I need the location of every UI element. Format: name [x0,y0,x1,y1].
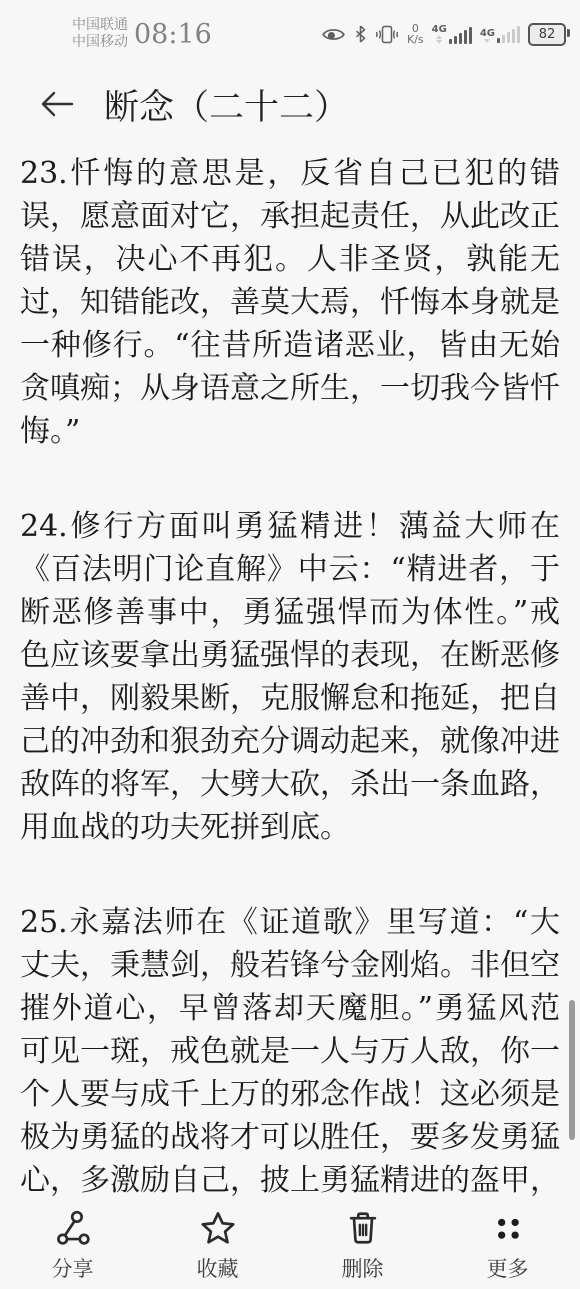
status-left: 中国联通 中国移动 08:16 [72,17,212,51]
share-button[interactable]: 分享 [0,1203,145,1289]
sim1-signal-bars [449,27,472,44]
sim2-network-label: 4G [480,29,495,38]
data-activity-arrows-icon [436,35,442,44]
status-icons: 0 K/s 4G 4G [321,23,566,46]
back-button[interactable] [38,89,76,122]
trash-icon [343,1209,383,1250]
vibrate-icon [375,25,399,44]
network-speed-unit: K/s [407,34,424,45]
app-screen: 中国联通 中国移动 08:16 [0,0,580,1289]
carrier-labels: 中国联通 中国移动 [72,17,128,51]
delete-button[interactable]: 删除 [290,1203,435,1289]
paragraph-24: 24.修行方面叫勇猛精进！蕅益大师在《百法明门论直解》中云：“精进者，于断恶修善… [20,505,560,849]
favorite-label: 收藏 [197,1253,239,1283]
back-arrow-icon [38,89,76,122]
data-activity-arrows-icon [484,39,490,43]
bluetooth-icon [354,25,367,43]
sim1-network-label: 4G [432,25,447,34]
carrier-line2: 中国移动 [72,34,128,51]
share-label: 分享 [52,1253,94,1283]
article-content: 23.忏悔的意思是，反省自己已犯的错误，愿意面对它，承担起责任，从此改正错误，决… [0,144,580,1288]
star-icon [198,1209,238,1250]
battery-percent: 82 [539,27,556,42]
paragraph-23: 23.忏悔的意思是，反省自己已犯的错误，愿意面对它，承担起责任，从此改正错误，决… [20,152,560,453]
battery-icon: 82 [528,23,566,46]
status-bar: 中国联通 中国移动 08:16 [0,0,580,58]
eye-comfort-icon [321,26,346,43]
status-time: 08:16 [134,19,212,50]
share-icon [53,1209,93,1250]
more-button[interactable]: 更多 [435,1203,580,1289]
sim2-signal-bars [497,26,520,43]
more-icon [488,1209,528,1250]
bottom-toolbar: 分享 收藏 删除 [0,1203,580,1289]
more-label: 更多 [487,1253,529,1283]
page-header: 断念（二十二） [0,58,580,144]
page-title: 断念（二十二） [104,80,349,130]
carrier-line1: 中国联通 [72,17,128,34]
sim1-signal-icon: 4G [432,25,472,44]
delete-label: 删除 [342,1253,384,1283]
favorite-button[interactable]: 收藏 [145,1203,290,1289]
network-speed: 0 K/s [407,23,424,45]
sim2-signal-icon: 4G [480,26,520,43]
scrollbar-thumb[interactable] [569,1000,575,1140]
